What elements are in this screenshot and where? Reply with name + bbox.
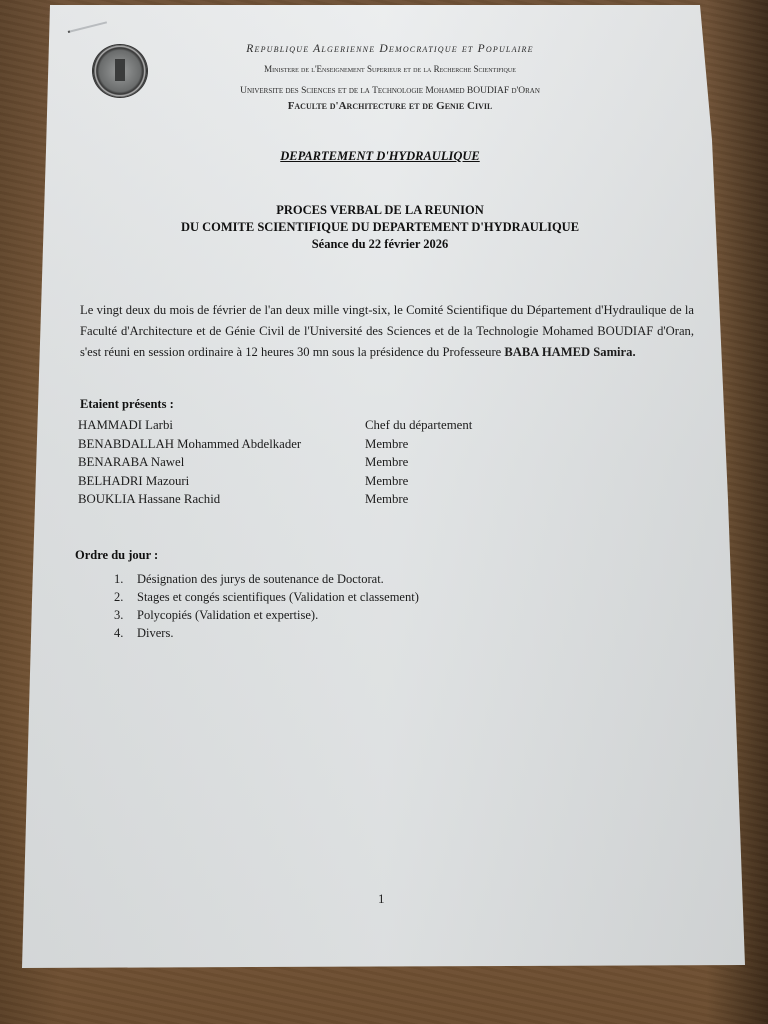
intro-paragraph: Le vingt deux du mois de février de l'an…	[80, 300, 694, 363]
agenda-number: 2.	[114, 590, 137, 608]
attendee-name: BENARABA Nawel	[78, 455, 365, 474]
attendee-role: Chef du département	[365, 418, 518, 437]
president-name: BABA HAMED Samira.	[504, 345, 635, 359]
page-number: 1	[378, 891, 385, 907]
attendee-role: Membre	[365, 474, 518, 493]
attendee-role: Membre	[365, 455, 518, 474]
document-page: Republique Algerienne Democratique et Po…	[0, 0, 768, 1024]
agenda-item: 3. Polycopiés (Validation et expertise).	[114, 608, 419, 626]
attendee-role: Membre	[365, 492, 518, 511]
agenda-text: Polycopiés (Validation et expertise).	[137, 608, 318, 626]
document-title: PROCES VERBAL DE LA REUNION DU COMITE SC…	[150, 202, 610, 253]
agenda-list: 1. Désignation des jurys de soutenance d…	[114, 572, 419, 644]
attendee-name: BOUKLIA Hassane Rachid	[78, 492, 365, 511]
attendee-name: BENABDALLAH Mohammed Abdelkader	[78, 437, 365, 456]
attendee-name: BELHADRI Mazouri	[78, 474, 365, 493]
title-line-2: DU COMITE SCIENTIFIQUE DU DEPARTEMENT D'…	[150, 219, 610, 236]
attendee-row: BELHADRI Mazouri Membre	[78, 474, 518, 493]
university-seal-icon	[93, 45, 147, 97]
attendees-list: HAMMADI Larbi Chef du département BENABD…	[78, 418, 518, 511]
title-line-1: PROCES VERBAL DE LA REUNION	[150, 202, 610, 219]
department-heading: DEPARTEMENT D'HYDRAULIQUE	[170, 149, 590, 164]
attendee-row: HAMMADI Larbi Chef du département	[78, 418, 518, 437]
agenda-heading: Ordre du jour :	[75, 548, 158, 563]
agenda-item: 1. Désignation des jurys de soutenance d…	[114, 572, 419, 590]
attendee-row: BOUKLIA Hassane Rachid Membre	[78, 492, 518, 511]
header-ministry: Ministere de l'Enseignement Superieur et…	[160, 64, 620, 74]
header-faculty: Faculte d'Architecture et de Genie Civil	[160, 100, 620, 112]
attendee-name: HAMMADI Larbi	[78, 418, 365, 437]
agenda-item: 2. Stages et congés scientifiques (Valid…	[114, 590, 419, 608]
agenda-text: Divers.	[137, 626, 173, 644]
attendee-row: BENARABA Nawel Membre	[78, 455, 518, 474]
attendee-role: Membre	[365, 437, 518, 456]
agenda-number: 3.	[114, 608, 137, 626]
attendee-row: BENABDALLAH Mohammed Abdelkader Membre	[78, 437, 518, 456]
agenda-item: 4. Divers.	[114, 626, 419, 644]
header-university: Universite des Sciences et de la Technol…	[160, 86, 620, 96]
agenda-number: 1.	[114, 572, 137, 590]
agenda-text: Désignation des jurys de soutenance de D…	[137, 572, 384, 590]
agenda-text: Stages et congés scientifiques (Validati…	[137, 590, 419, 608]
agenda-number: 4.	[114, 626, 137, 644]
attendees-heading: Etaient présents :	[80, 397, 174, 412]
header-republic: Republique Algerienne Democratique et Po…	[160, 43, 620, 55]
session-date: Séance du 22 février 2026	[150, 236, 610, 253]
